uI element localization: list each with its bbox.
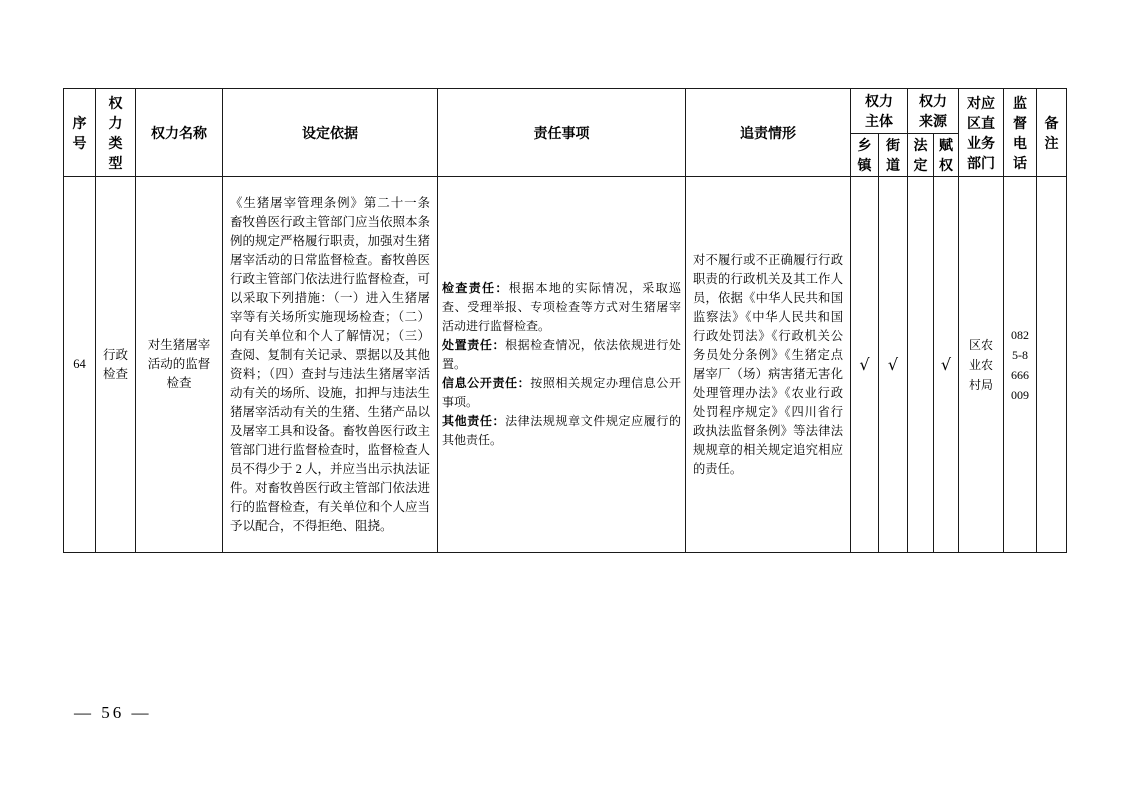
header-power-subject: 权力 主体 — [851, 89, 908, 134]
cell-empowered-check: √ — [934, 177, 959, 553]
header-legal-basis: 设定依据 — [223, 89, 438, 177]
header-power-source: 权力 来源 — [908, 89, 959, 134]
duty-item: 其他责任：法律法规规章文件规定应履行的其他责任。 — [442, 412, 681, 450]
header-power-name: 权力名称 — [136, 89, 223, 177]
page-number: — 56 — — [74, 703, 152, 723]
header-statutory: 法 定 — [908, 134, 934, 177]
cell-statutory-check — [908, 177, 934, 553]
header-street: 街 道 — [879, 134, 908, 177]
cell-power-name: 对生猪屠宰活动的监督检查 — [136, 177, 223, 553]
cell-remarks — [1037, 177, 1067, 553]
header-accountability: 追责情形 — [686, 89, 851, 177]
duty-item: 信息公开责任：按照相关规定办理信息公开事项。 — [442, 374, 681, 412]
header-township: 乡 镇 — [851, 134, 879, 177]
header-power-type: 权 力 类 型 — [96, 89, 136, 177]
duty-item: 处置责任：根据检查情况，依法依规进行处置。 — [442, 336, 681, 374]
header-supervision-phone: 监 督 电 话 — [1004, 89, 1037, 177]
cell-power-type: 行政检查 — [96, 177, 136, 553]
document-page: 序 号 权 力 类 型 权力名称 设定依据 责任事项 追责情形 权力 主体 权力… — [0, 0, 1122, 793]
cell-legal-basis: 《生猪屠宰管理条例》第二十一条 畜牧兽医行政主管部门应当依照本条例的规定严格履行… — [223, 177, 438, 553]
cell-accountability: 对不履行或不正确履行行政职责的行政机关及其工作人员，依据《中华人民共和国监察法》… — [686, 177, 851, 553]
duty-label: 信息公开责任： — [442, 376, 530, 390]
legal-basis-text: 《生猪屠宰管理条例》第二十一条 畜牧兽医行政主管部门应当依照本条例的规定严格履行… — [230, 194, 430, 536]
header-duty-items: 责任事项 — [438, 89, 686, 177]
cell-seq: 64 — [64, 177, 96, 553]
duty-item: 检查责任：根据本地的实际情况，采取巡查、受理举报、专项检查等方式对生猪屠宰活动进… — [442, 279, 681, 336]
duty-label: 检查责任： — [442, 281, 509, 295]
cell-duty-items: 检查责任：根据本地的实际情况，采取巡查、受理举报、专项检查等方式对生猪屠宰活动进… — [438, 177, 686, 553]
duty-label: 处置责任： — [442, 338, 505, 352]
cell-supervision-phone: 082 5-8 666 009 — [1004, 177, 1037, 553]
table-row: 64 行政检查 对生猪屠宰活动的监督检查 《生猪屠宰管理条例》第二十一条 畜牧兽… — [64, 177, 1067, 553]
cell-district-dept: 区农 业农 村局 — [959, 177, 1004, 553]
duty-label: 其他责任： — [442, 414, 505, 428]
header-district-dept: 对应 区直 业务 部门 — [959, 89, 1004, 177]
cell-township-check: √ — [851, 177, 879, 553]
header-seq: 序 号 — [64, 89, 96, 177]
power-list-table: 序 号 权 力 类 型 权力名称 设定依据 责任事项 追责情形 权力 主体 权力… — [63, 88, 1067, 553]
header-remarks: 备 注 — [1037, 89, 1067, 177]
cell-street-check: √ — [879, 177, 908, 553]
header-empowered: 赋 权 — [934, 134, 959, 177]
accountability-text: 对不履行或不正确履行行政职责的行政机关及其工作人员，依据《中华人民共和国监察法》… — [693, 251, 843, 479]
